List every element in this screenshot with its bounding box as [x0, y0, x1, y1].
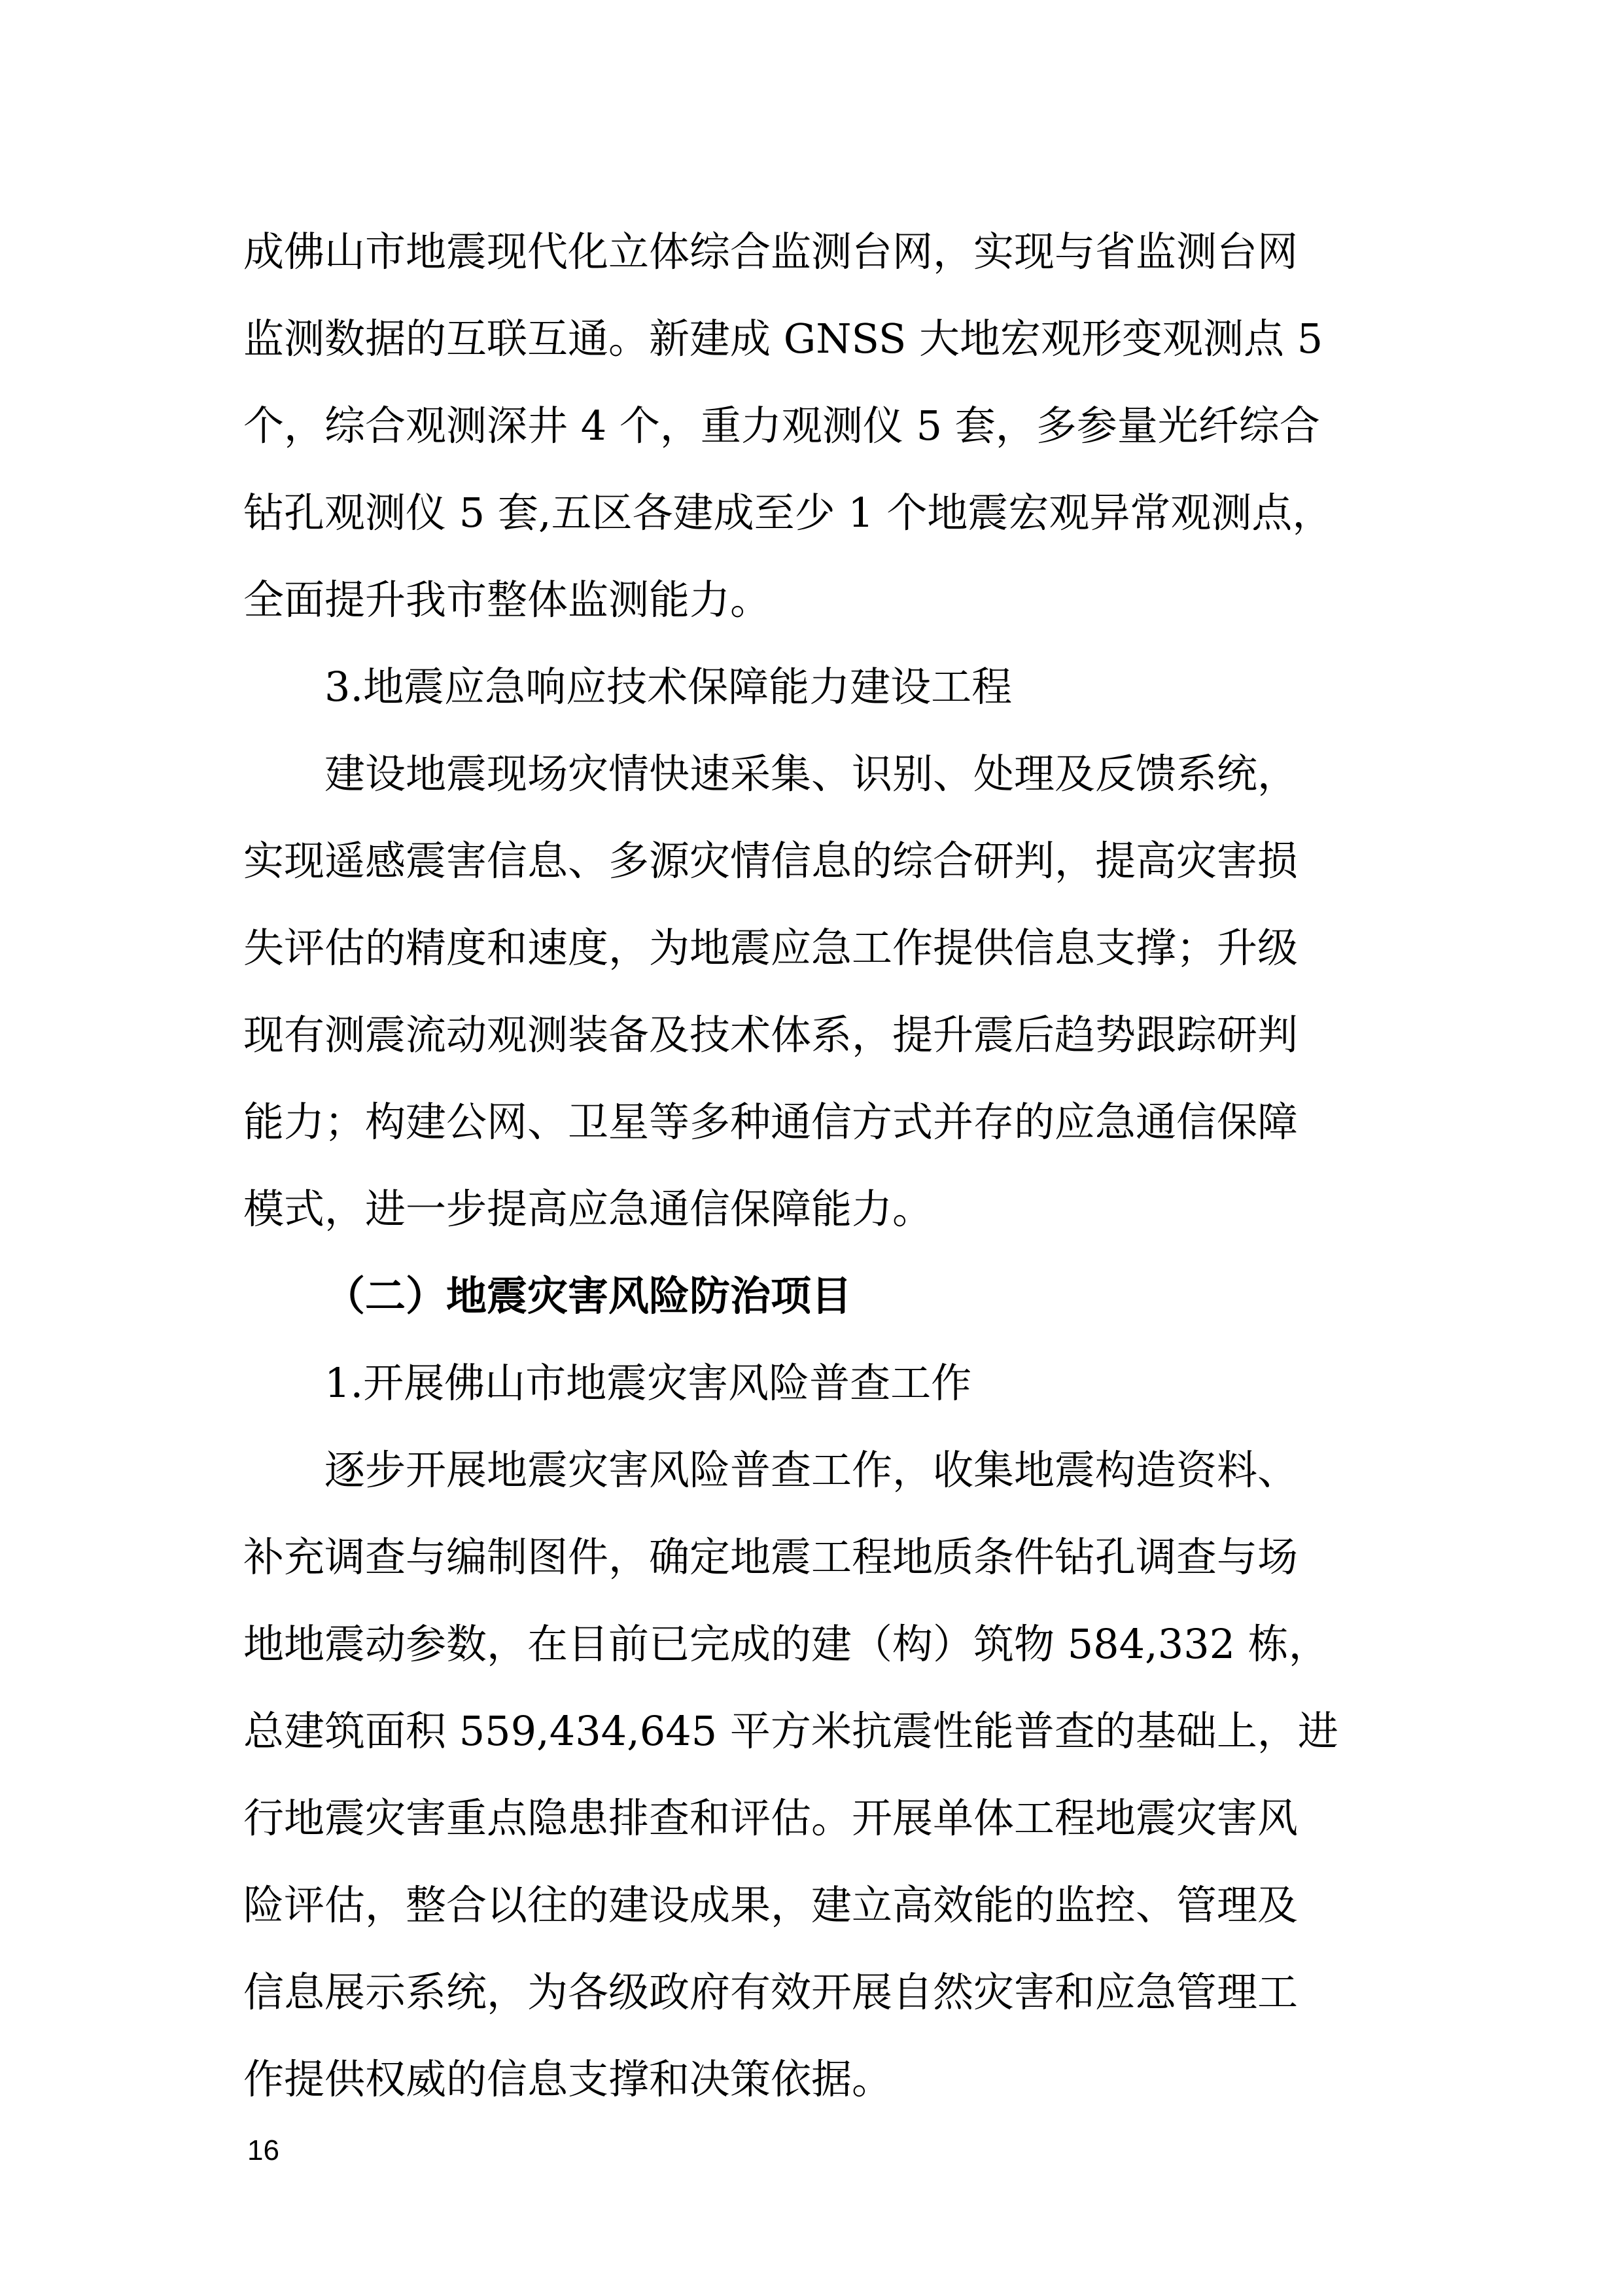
text-line: 作提供权威的信息支撑和决策依据。 — [243, 2036, 1376, 2123]
text-line: 险评估，整合以往的建设成果，建立高效能的监控、管理及 — [243, 1862, 1376, 1949]
text-line: 行地震灾害重点隐患排查和评估。开展单体工程地震灾害风 — [243, 1775, 1376, 1862]
text-line: 总建筑面积 559,434,645 平方米抗震性能普查的基础上，进 — [243, 1687, 1376, 1775]
text-line: 失评估的精度和速度，为地震应急工作提供信息支撑；升级 — [243, 904, 1376, 991]
page-number: 16 — [247, 2134, 279, 2167]
body-text: 成佛山市地震现代化立体综合监测台网，实现与省监测台网 监测数据的互联互通。新建成… — [243, 208, 1376, 2123]
section-heading-risk-prevention: （二）地震灾害风险防治项目 — [243, 1252, 1376, 1339]
text-line: 信息展示系统，为各级政府有效开展自然灾害和应急管理工 — [243, 1949, 1376, 2036]
text-line: 能力；构建公网、卫星等多种通信方式并存的应急通信保障 — [243, 1078, 1376, 1165]
text-line: 个，综合观测深井 4 个，重力观测仪 5 套，多参量光纤综合 — [243, 382, 1376, 469]
text-line: 实现遥感震害信息、多源灾情信息的综合研判，提高灾害损 — [243, 817, 1376, 904]
text-line: 全面提升我市整体监测能力。 — [243, 556, 1376, 643]
text-line: 补充调查与编制图件，确定地震工程地质条件钻孔调查与场 — [243, 1513, 1376, 1600]
text-line: 逐步开展地震灾害风险普查工作，收集地震构造资料、 — [243, 1426, 1376, 1513]
text-line: 监测数据的互联互通。新建成 GNSS 大地宏观形变观测点 5 — [243, 295, 1376, 382]
text-line: 钻孔观测仪 5 套,五区各建成至少 1 个地震宏观异常观测点， — [243, 469, 1376, 556]
subheading-emergency-response: 3.地震应急响应技术保障能力建设工程 — [243, 643, 1376, 730]
text-line: 建设地震现场灾情快速采集、识别、处理及反馈系统， — [243, 730, 1376, 817]
text-line: 现有测震流动观测装备及技术体系，提升震后趋势跟踪研判 — [243, 991, 1376, 1078]
text-line: 地地震动参数，在目前已完成的建（构）筑物 584,332 栋， — [243, 1600, 1376, 1687]
text-line: 模式，进一步提高应急通信保障能力。 — [243, 1165, 1376, 1252]
document-page: 成佛山市地震现代化立体综合监测台网，实现与省监测台网 监测数据的互联互通。新建成… — [0, 0, 1623, 2296]
text-line: 成佛山市地震现代化立体综合监测台网，实现与省监测台网 — [243, 208, 1376, 295]
subheading-risk-survey: 1.开展佛山市地震灾害风险普查工作 — [243, 1339, 1376, 1426]
